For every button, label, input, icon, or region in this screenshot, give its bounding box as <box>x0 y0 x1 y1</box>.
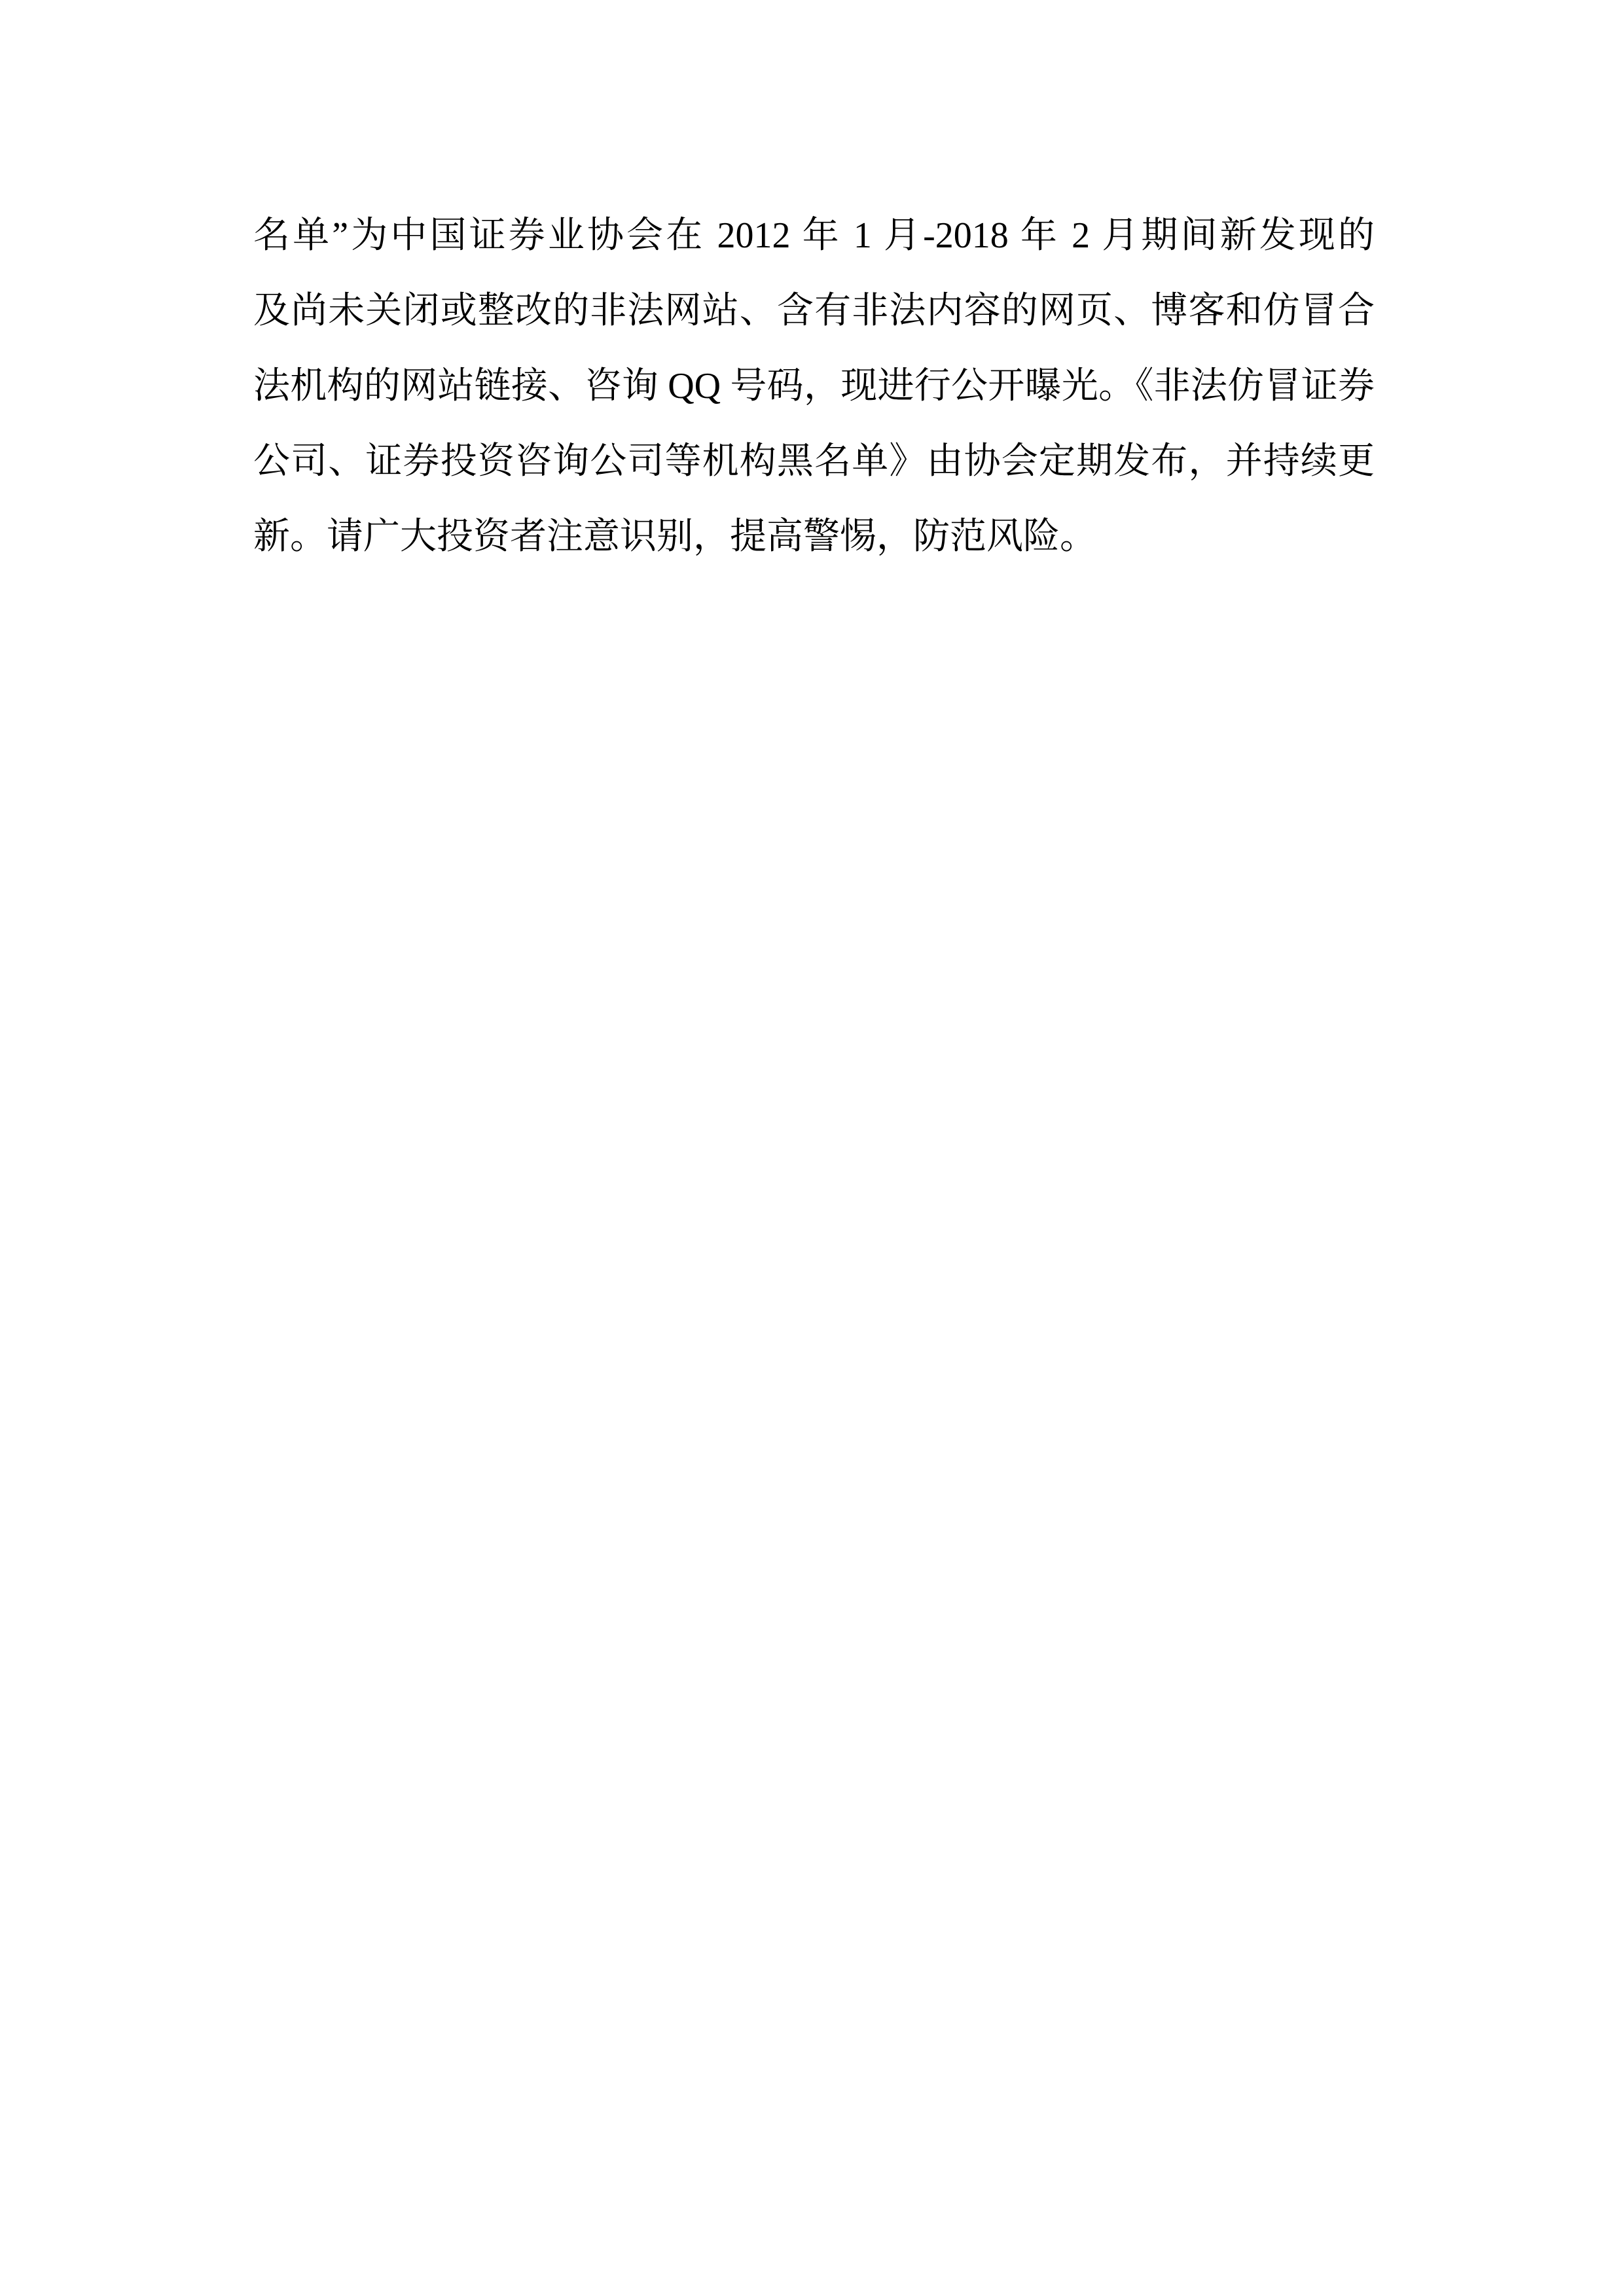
paragraph-line-2: 及尚未关闭或整改的非法网站、含有非法内容的网页、博客和仿冒合 <box>253 274 1375 349</box>
paragraph-text-block: 名单”为中国证券业协会在 2012 年 1 月-2018 年 2 月期间新发现的… <box>253 198 1375 575</box>
paragraph-line-3: 法机构的网站链接、咨询 QQ 号码，现进行公开曝光。《非法仿冒证券 <box>253 349 1375 424</box>
paragraph-line-4: 公司、证券投资咨询公司等机构黑名单》由协会定期发布，并持续更 <box>253 424 1375 499</box>
document-page: 名单”为中国证券业协会在 2012 年 1 月-2018 年 2 月期间新发现的… <box>0 0 1624 2296</box>
paragraph-line-5: 新。请广大投资者注意识别，提高警惕，防范风险。 <box>253 499 1375 575</box>
paragraph-line-1: 名单”为中国证券业协会在 2012 年 1 月-2018 年 2 月期间新发现的 <box>253 198 1375 274</box>
